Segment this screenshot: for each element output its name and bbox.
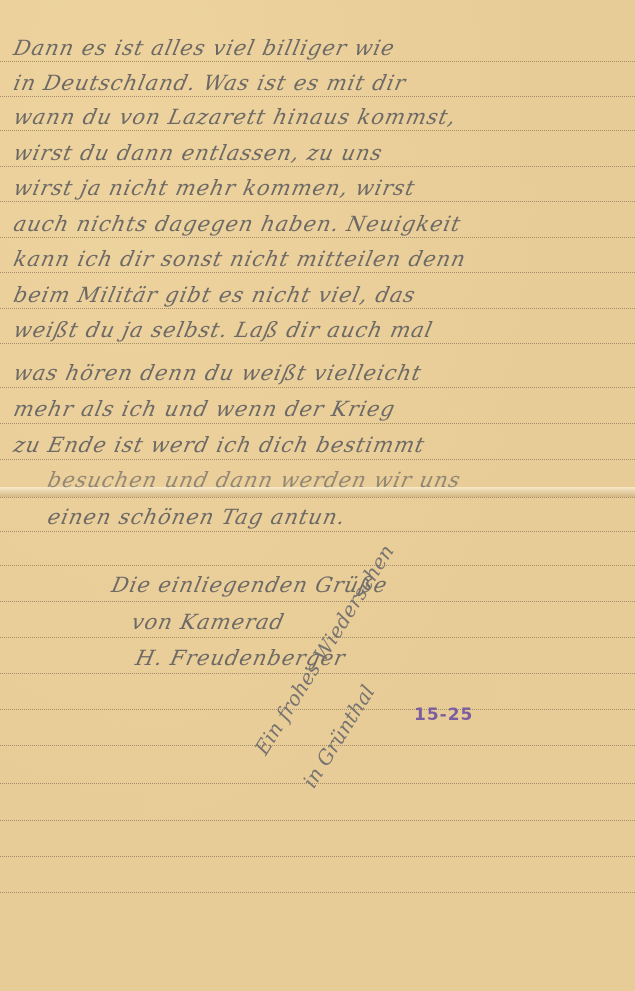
letter-line: kann ich dir sonst nicht mitteilen denn (11, 247, 468, 271)
ruled-line (0, 497, 635, 498)
letter-line: zu Ende ist werd ich dich bestimmt (11, 433, 427, 457)
closing-from: von Kamerad (129, 610, 286, 634)
ruled-line (0, 201, 635, 202)
ruled-line (0, 343, 635, 344)
ruled-line (0, 459, 635, 460)
letter-page: Dann es ist alles viel billiger wie in D… (0, 0, 635, 991)
letter-line: wann du von Lazarett hinaus kommst, (11, 105, 458, 129)
ruled-line (0, 61, 635, 62)
ruled-line (0, 387, 635, 388)
ruled-line (0, 423, 635, 424)
ruled-line (0, 130, 635, 131)
letter-line: wirst du dann entlassen, zu uns (11, 141, 385, 165)
letter-line: beim Militär gibt es nicht viel, das (11, 283, 418, 307)
letter-line: besuchen und dann werden wir uns (45, 468, 463, 492)
letter-line: weißt du ja selbst. Laß dir auch mal (11, 318, 435, 342)
letter-line: mehr als ich und wenn der Krieg (11, 397, 397, 421)
letter-line: einen schönen Tag antun. (45, 505, 347, 529)
ruled-line (0, 892, 635, 893)
diagonal-note-line-2: in Grünthal (298, 681, 380, 792)
letter-line: Dann es ist alles viel billiger wie (11, 36, 397, 60)
ink-stamp: 15-25 (414, 705, 473, 725)
ruled-line (0, 601, 635, 602)
ruled-line (0, 565, 635, 566)
letter-line: was hören denn du weißt vielleicht (11, 361, 424, 385)
ruled-line (0, 96, 635, 97)
ruled-line (0, 820, 635, 821)
ruled-line (0, 166, 635, 167)
ruled-line (0, 709, 635, 710)
ruled-line (0, 856, 635, 857)
ruled-line (0, 237, 635, 238)
ruled-line (0, 308, 635, 309)
ruled-line (0, 531, 635, 532)
letter-line: auch nichts dagegen haben. Neuigkeit (11, 212, 463, 236)
letter-line: in Deutschland. Was ist es mit dir (11, 71, 408, 95)
ruled-line (0, 272, 635, 273)
letter-line: wirst ja nicht mehr kommen, wirst (11, 176, 417, 200)
